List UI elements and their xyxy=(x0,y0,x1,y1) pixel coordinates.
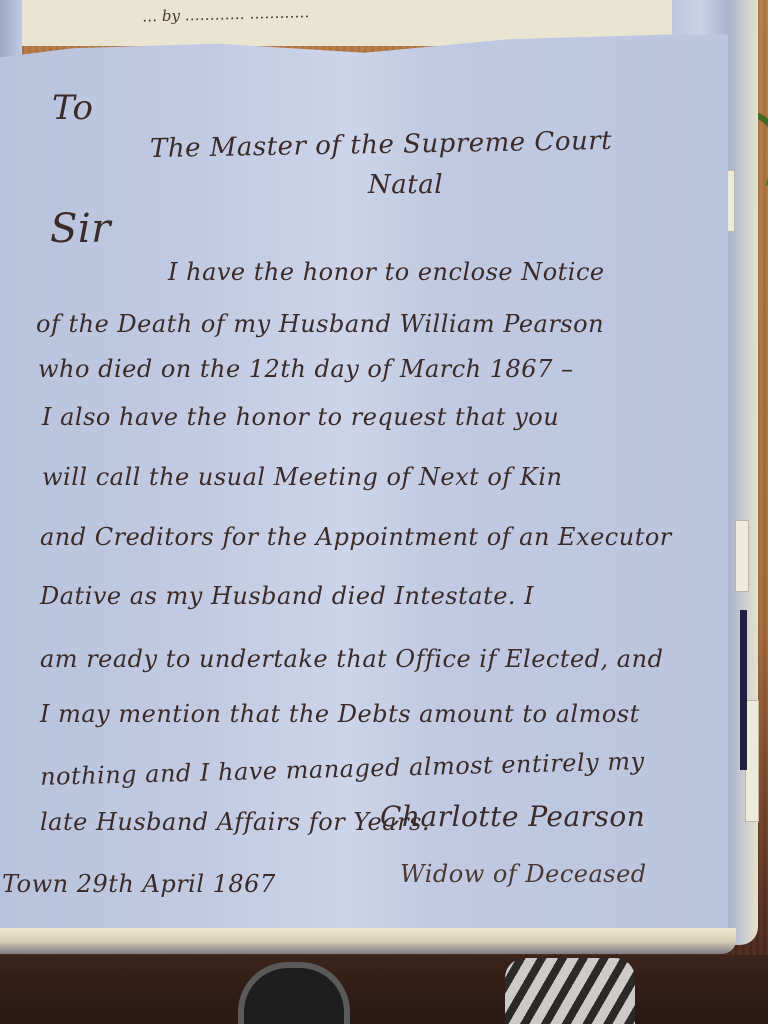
shoe-right xyxy=(505,958,635,1024)
letter-bottom-edge xyxy=(0,928,736,954)
stack-tab xyxy=(735,520,749,592)
greeting: Sir xyxy=(50,206,111,252)
signature: Charlotte Pearson xyxy=(380,800,645,833)
addressee: The Master of the Supreme Court xyxy=(150,126,613,164)
addressee-location: Natal xyxy=(368,170,443,200)
body-line: who died on the 12th day of March 1867 – xyxy=(38,355,573,383)
body-line: Dative as my Husband died Intestate. I xyxy=(40,582,534,610)
previous-page-text: … by ………… ………… xyxy=(142,0,562,25)
body-line: I may mention that the Debts amount to a… xyxy=(40,700,640,728)
body-line: I also have the honor to request that yo… xyxy=(42,403,559,431)
floor xyxy=(0,955,768,1024)
body-line: of the Death of my Husband William Pears… xyxy=(36,310,604,338)
body-line: I have the honor to enclose Notice xyxy=(168,258,605,286)
body-line: and Creditors for the Appointment of an … xyxy=(40,523,672,551)
stack-tab xyxy=(745,700,759,822)
body-line: nothing and I have managed almost entire… xyxy=(40,747,645,791)
letter-page: To The Master of the Supreme Court Natal… xyxy=(0,30,728,942)
to-mark: To xyxy=(52,88,94,128)
body-line: am ready to undertake that Office if Ele… xyxy=(40,645,663,673)
place-date: Town 29th April 1867 xyxy=(2,870,276,898)
stack-dark-page xyxy=(740,610,747,770)
body-line: late Husband Affairs for Years. xyxy=(40,808,430,836)
body-line: will call the usual Meeting of Next of K… xyxy=(42,463,562,491)
signature-title: Widow of Deceased xyxy=(400,860,647,888)
